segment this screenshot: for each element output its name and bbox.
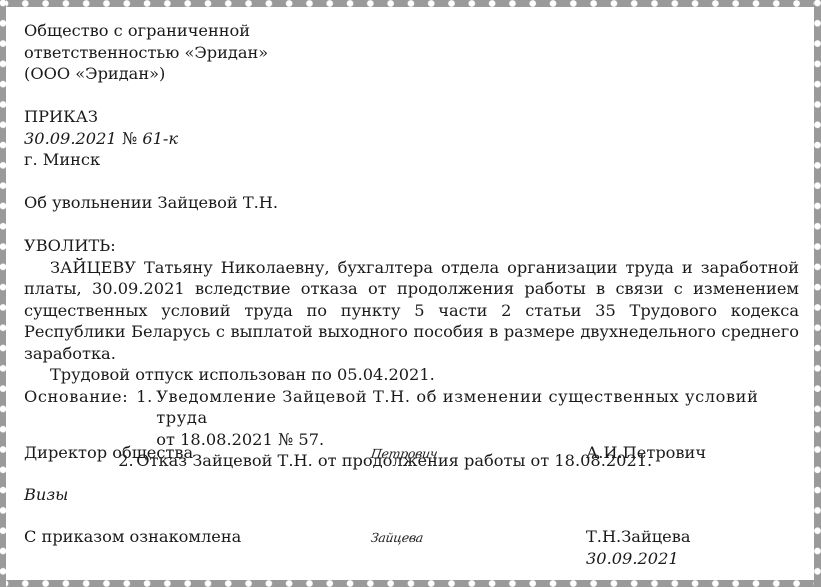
- order-subject: Об увольнении Зайцевой Т.Н.: [24, 192, 800, 214]
- directive: УВОЛИТЬ:: [24, 235, 800, 257]
- number-sign: №: [122, 129, 137, 148]
- employee-signature: Зайцева: [369, 527, 424, 549]
- director-signature: Петрович: [369, 443, 438, 465]
- order-date-number: 30.09.2021 № 61-к: [24, 128, 800, 150]
- organization-name-line2: ответственностью «Эридан»: [24, 42, 800, 64]
- order-number: 61-к: [142, 129, 178, 148]
- acknowledgement-date: 30.09.2021: [586, 548, 679, 570]
- organization-name-line1: Общество с ограниченной: [24, 20, 800, 42]
- dotted-border-left: [0, 0, 6, 587]
- director-name: А.И.Петрович: [586, 442, 706, 464]
- order-header: ПРИКАЗ 30.09.2021 № 61-к г. Минск: [24, 106, 800, 171]
- document-page: Общество с ограниченной ответственностью…: [0, 0, 821, 587]
- order-document: Общество с ограниченной ответственностью…: [24, 20, 800, 472]
- dotted-border-right: [814, 0, 821, 587]
- acknowledgement-title: С приказом ознакомлена: [24, 526, 241, 548]
- order-body: УВОЛИТЬ: ЗАЙЦЕВУ Татьяну Николаевну, бух…: [24, 235, 800, 472]
- director-title: Директор общества: [24, 442, 193, 464]
- order-date: 30.09.2021: [24, 129, 117, 148]
- basis-item-text: Уведомление Зайцевой Т.Н. об изменении с…: [156, 386, 800, 429]
- document-type: ПРИКАЗ: [24, 106, 800, 128]
- dotted-border-top: [0, 0, 821, 7]
- basis-item: 1. Уведомление Зайцевой Т.Н. об изменени…: [136, 386, 800, 429]
- dismissal-paragraph: ЗАЙЦЕВУ Татьяну Николаевну, бухгалтера о…: [24, 257, 799, 365]
- dotted-border-bottom: [0, 580, 821, 587]
- order-place: г. Минск: [24, 149, 800, 171]
- basis-item-number: 1.: [136, 386, 156, 429]
- employee-name: Т.Н.Зайцева: [586, 526, 690, 548]
- vacation-note: Трудовой отпуск использован по 05.04.202…: [24, 364, 800, 386]
- organization-short-name: (ООО «Эридан»): [24, 63, 800, 85]
- visas-label: Визы: [24, 484, 68, 506]
- organization-header: Общество с ограниченной ответственностью…: [24, 20, 800, 85]
